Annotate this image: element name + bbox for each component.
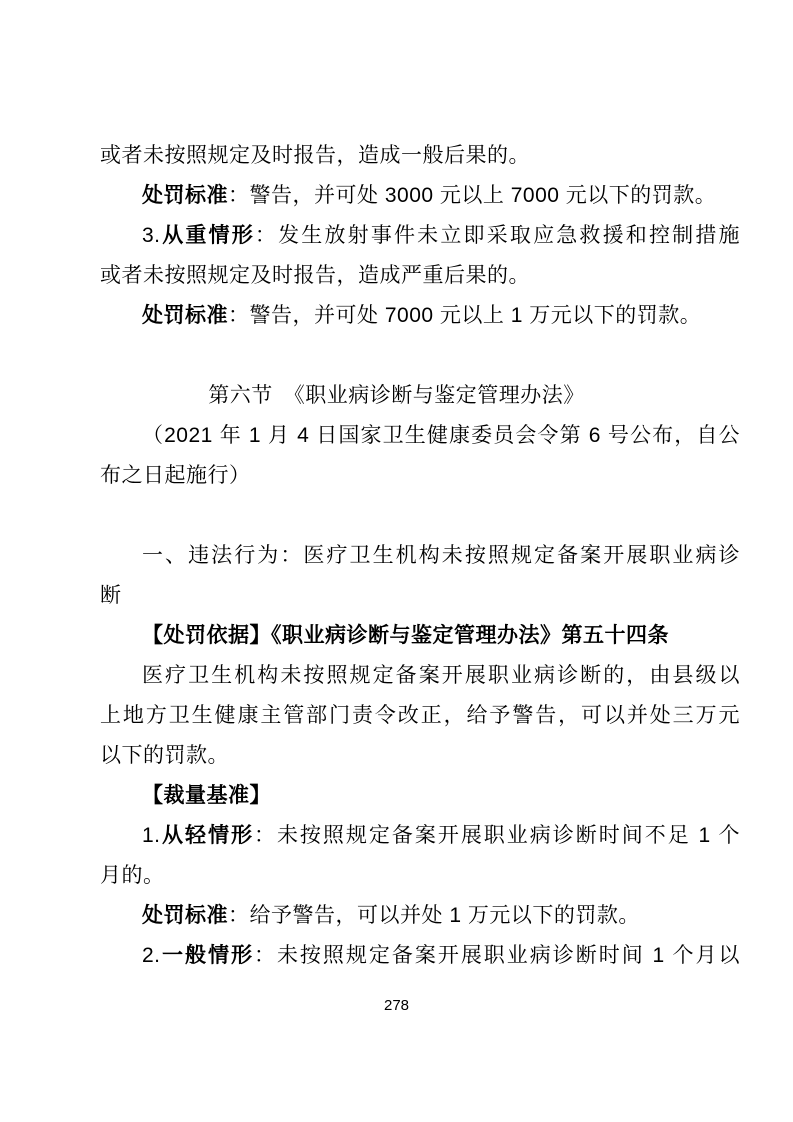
line-article54-2: 上地方卫生健康主管部门责令改正，给予警告，可以并处三万元 <box>100 696 740 736</box>
line-aggravated-circumstance: 3.从重情形：发生放射事件未立即采取应急救援和控制措施 <box>100 216 740 256</box>
bold-label-penalty-standard: 处罚标准 <box>142 184 228 207</box>
text-run: ：发生放射事件未立即采取应急救援和控制措施 <box>255 224 740 247</box>
line-general-circumstance: 2.一般情形：未按照规定备案开展职业病诊断时间 1 个月以 <box>100 936 740 976</box>
line-consequence-general: 或者未按照规定及时报告，造成一般后果的。 <box>100 136 740 176</box>
line-promulgation-2: 布之日起施行） <box>100 456 740 496</box>
line-violation-1: 一、违法行为：医疗卫生机构未按照规定备案开展职业病诊 <box>100 536 740 576</box>
text-run: 医疗卫生机构未按照规定备案开展职业病诊断的，由县级以 <box>142 664 740 687</box>
text-run: ：未按照规定备案开展职业病诊断时间不足 1 个 <box>254 824 740 847</box>
text-run: （2021 年 1 月 4 日国家卫生健康委员会令第 6 号公布，自公 <box>142 424 740 447</box>
text-run: ：警告，并可处 7000 元以上 1 万元以下的罚款。 <box>228 304 701 327</box>
section-title: 第六节 《职业病诊断与鉴定管理办法》 <box>0 376 793 416</box>
bold-label-general: 一般情形 <box>161 944 254 967</box>
line-lenient-circumstance-1: 1.从轻情形：未按照规定备案开展职业病诊断时间不足 1 个 <box>100 816 740 856</box>
text-run: 3. <box>142 224 161 247</box>
text-run: ：未按照规定备案开展职业病诊断时间 1 个月以 <box>254 944 740 967</box>
text-run: 上地方卫生健康主管部门责令改正，给予警告，可以并处三万元 <box>100 704 740 727</box>
text-run: 布之日起施行） <box>100 464 251 487</box>
text-run: 以下的罚款。 <box>100 744 229 767</box>
text-run: 或者未按照规定及时报告，造成严重后果的。 <box>100 264 530 287</box>
line-penalty-standard-3000-7000: 处罚标准：警告，并可处 3000 元以上 7000 元以下的罚款。 <box>100 176 740 216</box>
bold-label-lenient: 从轻情形 <box>161 824 254 847</box>
bold-label-penalty-standard: 处罚标准 <box>142 904 228 927</box>
text-run: 一、违法行为：医疗卫生机构未按照规定备案开展职业病诊 <box>142 544 740 567</box>
text-run: 断 <box>100 584 122 607</box>
text-run: 1. <box>142 824 161 847</box>
text-run: 月的。 <box>100 864 165 887</box>
line-consequence-serious: 或者未按照规定及时报告，造成严重后果的。 <box>100 256 740 296</box>
bold-label-penalty-basis: 【处罚依据】《职业病诊断与鉴定管理办法》第五十四条 <box>142 624 669 647</box>
line-penalty-basis: 【处罚依据】《职业病诊断与鉴定管理办法》第五十四条 <box>100 616 740 656</box>
line-promulgation-1: （2021 年 1 月 4 日国家卫生健康委员会令第 6 号公布，自公 <box>100 416 740 456</box>
document-body: 或者未按照规定及时报告，造成一般后果的。 处罚标准：警告，并可处 3000 元以… <box>100 136 740 976</box>
text-run: 或者未按照规定及时报告，造成一般后果的。 <box>100 144 530 167</box>
text-run: 2. <box>142 944 161 967</box>
document-page: 或者未按照规定及时报告，造成一般后果的。 处罚标准：警告，并可处 3000 元以… <box>0 0 793 1122</box>
blank-line <box>100 496 740 536</box>
page-number: 278 <box>0 995 793 1017</box>
bold-label-penalty-standard: 处罚标准 <box>142 304 228 327</box>
line-penalty-standard-10000: 处罚标准：给予警告，可以并处 1 万元以下的罚款。 <box>100 896 740 936</box>
text-run: 第六节 《职业病诊断与鉴定管理办法》 <box>208 384 585 407</box>
line-penalty-standard-7000-10000: 处罚标准：警告，并可处 7000 元以上 1 万元以下的罚款。 <box>100 296 740 336</box>
bold-label-discretion-benchmark: 【裁量基准】 <box>142 784 271 807</box>
bold-label-aggravated: 从重情形 <box>161 224 255 247</box>
line-article54-3: 以下的罚款。 <box>100 736 740 776</box>
text-run: ：警告，并可处 3000 元以上 7000 元以下的罚款。 <box>228 184 716 207</box>
line-discretion-benchmark: 【裁量基准】 <box>100 776 740 816</box>
line-article54-1: 医疗卫生机构未按照规定备案开展职业病诊断的，由县级以 <box>100 656 740 696</box>
text-run: ：给予警告，可以并处 1 万元以下的罚款。 <box>228 904 640 927</box>
line-lenient-circumstance-2: 月的。 <box>100 856 740 896</box>
blank-line <box>100 336 740 376</box>
line-violation-2: 断 <box>100 576 740 616</box>
